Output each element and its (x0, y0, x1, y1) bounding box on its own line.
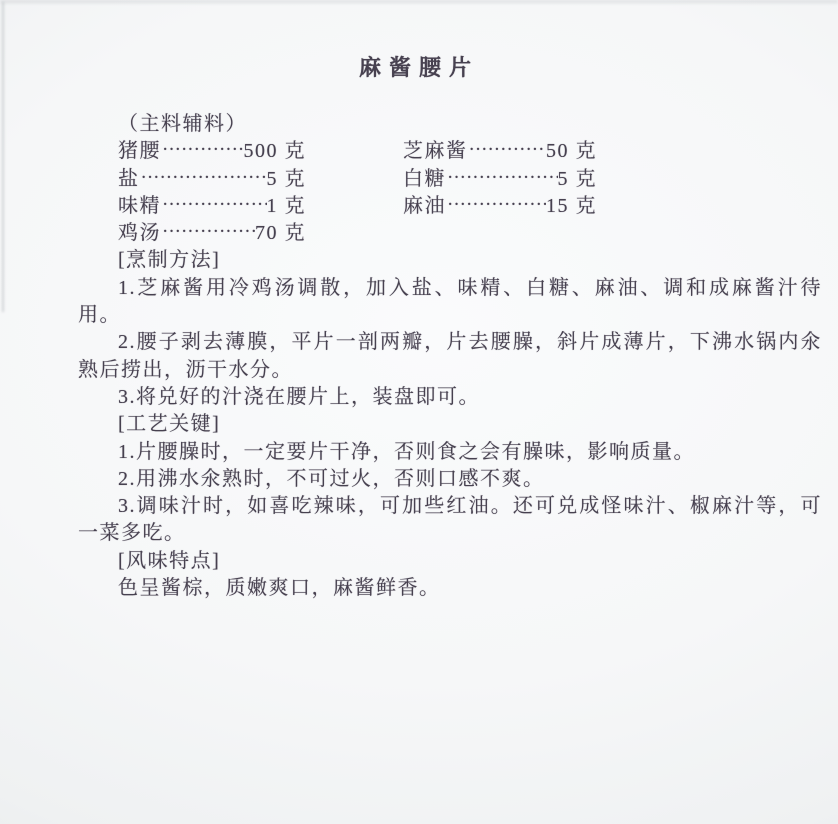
ingredient-row: 白糖 ·····································… (403, 166, 597, 193)
ingredient-amount: 70 克 (255, 220, 306, 247)
dot-leader: ········································… (140, 164, 267, 191)
recipe-paragraph: 色呈酱棕，质嫩爽口，麻酱鲜香。 (78, 575, 822, 602)
ingredients-column-left: 猪腰 ·····································… (118, 138, 306, 247)
section-cooking-method: [烹制方法] 1.芝麻酱用冷鸡汤调散，加入盐、味精、白糖、麻油、调和成麻酱汁待用… (78, 247, 822, 411)
recipe-content: 麻酱腰片 （主料辅料） 猪腰 ·························… (78, 0, 822, 602)
ingredient-name: 鸡汤 (118, 220, 161, 247)
ingredient-name: 麻油 (403, 193, 446, 220)
ingredient-name: 盐 (118, 166, 140, 193)
ingredient-name: 白糖 (403, 166, 446, 193)
ingredient-row: 鸡汤 ·····································… (118, 220, 306, 247)
ingredient-row: 味精 ·····································… (118, 193, 306, 220)
dot-leader: ········································… (446, 164, 558, 191)
ingredient-amount: 1 克 (267, 193, 307, 220)
recipe-paragraph: 3.将兑好的汁浇在腰片上，装盘即可。 (78, 384, 822, 411)
ingredient-name: 猪腰 (118, 138, 161, 165)
ingredient-amount: 15 克 (546, 193, 597, 220)
section-flavor-features: [风味特点] 色呈酱棕，质嫩爽口，麻酱鲜香。 (78, 548, 822, 603)
ingredients-column-right: 芝麻酱 ····································… (403, 138, 597, 220)
dot-leader: ········································… (161, 136, 244, 163)
scanned-recipe-page: 麻酱腰片 （主料辅料） 猪腰 ·························… (0, 0, 838, 824)
recipe-paragraph: 3.调味汁时，如喜吃辣味，可加些红油。还可兑成怪味汁、椒麻汁等，可一菜多吃。 (78, 493, 822, 548)
ingredient-name: 味精 (118, 193, 161, 220)
page-title: 麻酱腰片 (0, 54, 838, 82)
section-craft-keys: [工艺关键] 1.片腰臊时，一定要片干净，否则食之会有臊味，影响质量。 2.用沸… (78, 411, 822, 547)
ingredient-row: 麻油 ·····································… (403, 193, 597, 220)
dot-leader: ········································… (468, 136, 547, 163)
dot-leader: ········································… (161, 218, 255, 245)
ingredient-amount: 5 克 (558, 166, 598, 193)
recipe-paragraph: 2.用沸水氽熟时，不可过火，否则口感不爽。 (78, 466, 822, 493)
ingredients-header: （主料辅料） (118, 111, 822, 138)
ingredients-table: 猪腰 ·····································… (78, 138, 822, 247)
dot-leader: ········································… (446, 191, 546, 218)
recipe-paragraph: 1.片腰臊时，一定要片干净，否则食之会有臊味，影响质量。 (78, 439, 822, 466)
section-heading: [风味特点] (118, 548, 822, 575)
ingredient-amount: 500 克 (244, 138, 307, 165)
section-heading: [烹制方法] (118, 247, 822, 274)
dot-leader: ········································… (161, 191, 267, 218)
recipe-paragraph: 1.芝麻酱用冷鸡汤调散，加入盐、味精、白糖、麻油、调和成麻酱汁待用。 (78, 275, 822, 330)
ingredient-amount: 50 克 (546, 138, 597, 165)
ingredient-row: 猪腰 ·····································… (118, 138, 306, 165)
ingredient-amount: 5 克 (267, 166, 307, 193)
ingredient-name: 芝麻酱 (403, 138, 468, 165)
ingredient-row: 芝麻酱 ····································… (403, 138, 597, 165)
ingredient-row: 盐 ······································… (118, 166, 306, 193)
section-heading: [工艺关键] (118, 411, 822, 438)
recipe-paragraph: 2.腰子剥去薄膜，平片一剖两瓣，片去腰臊，斜片成薄片，下沸水锅内氽熟后捞出，沥干… (78, 329, 822, 384)
